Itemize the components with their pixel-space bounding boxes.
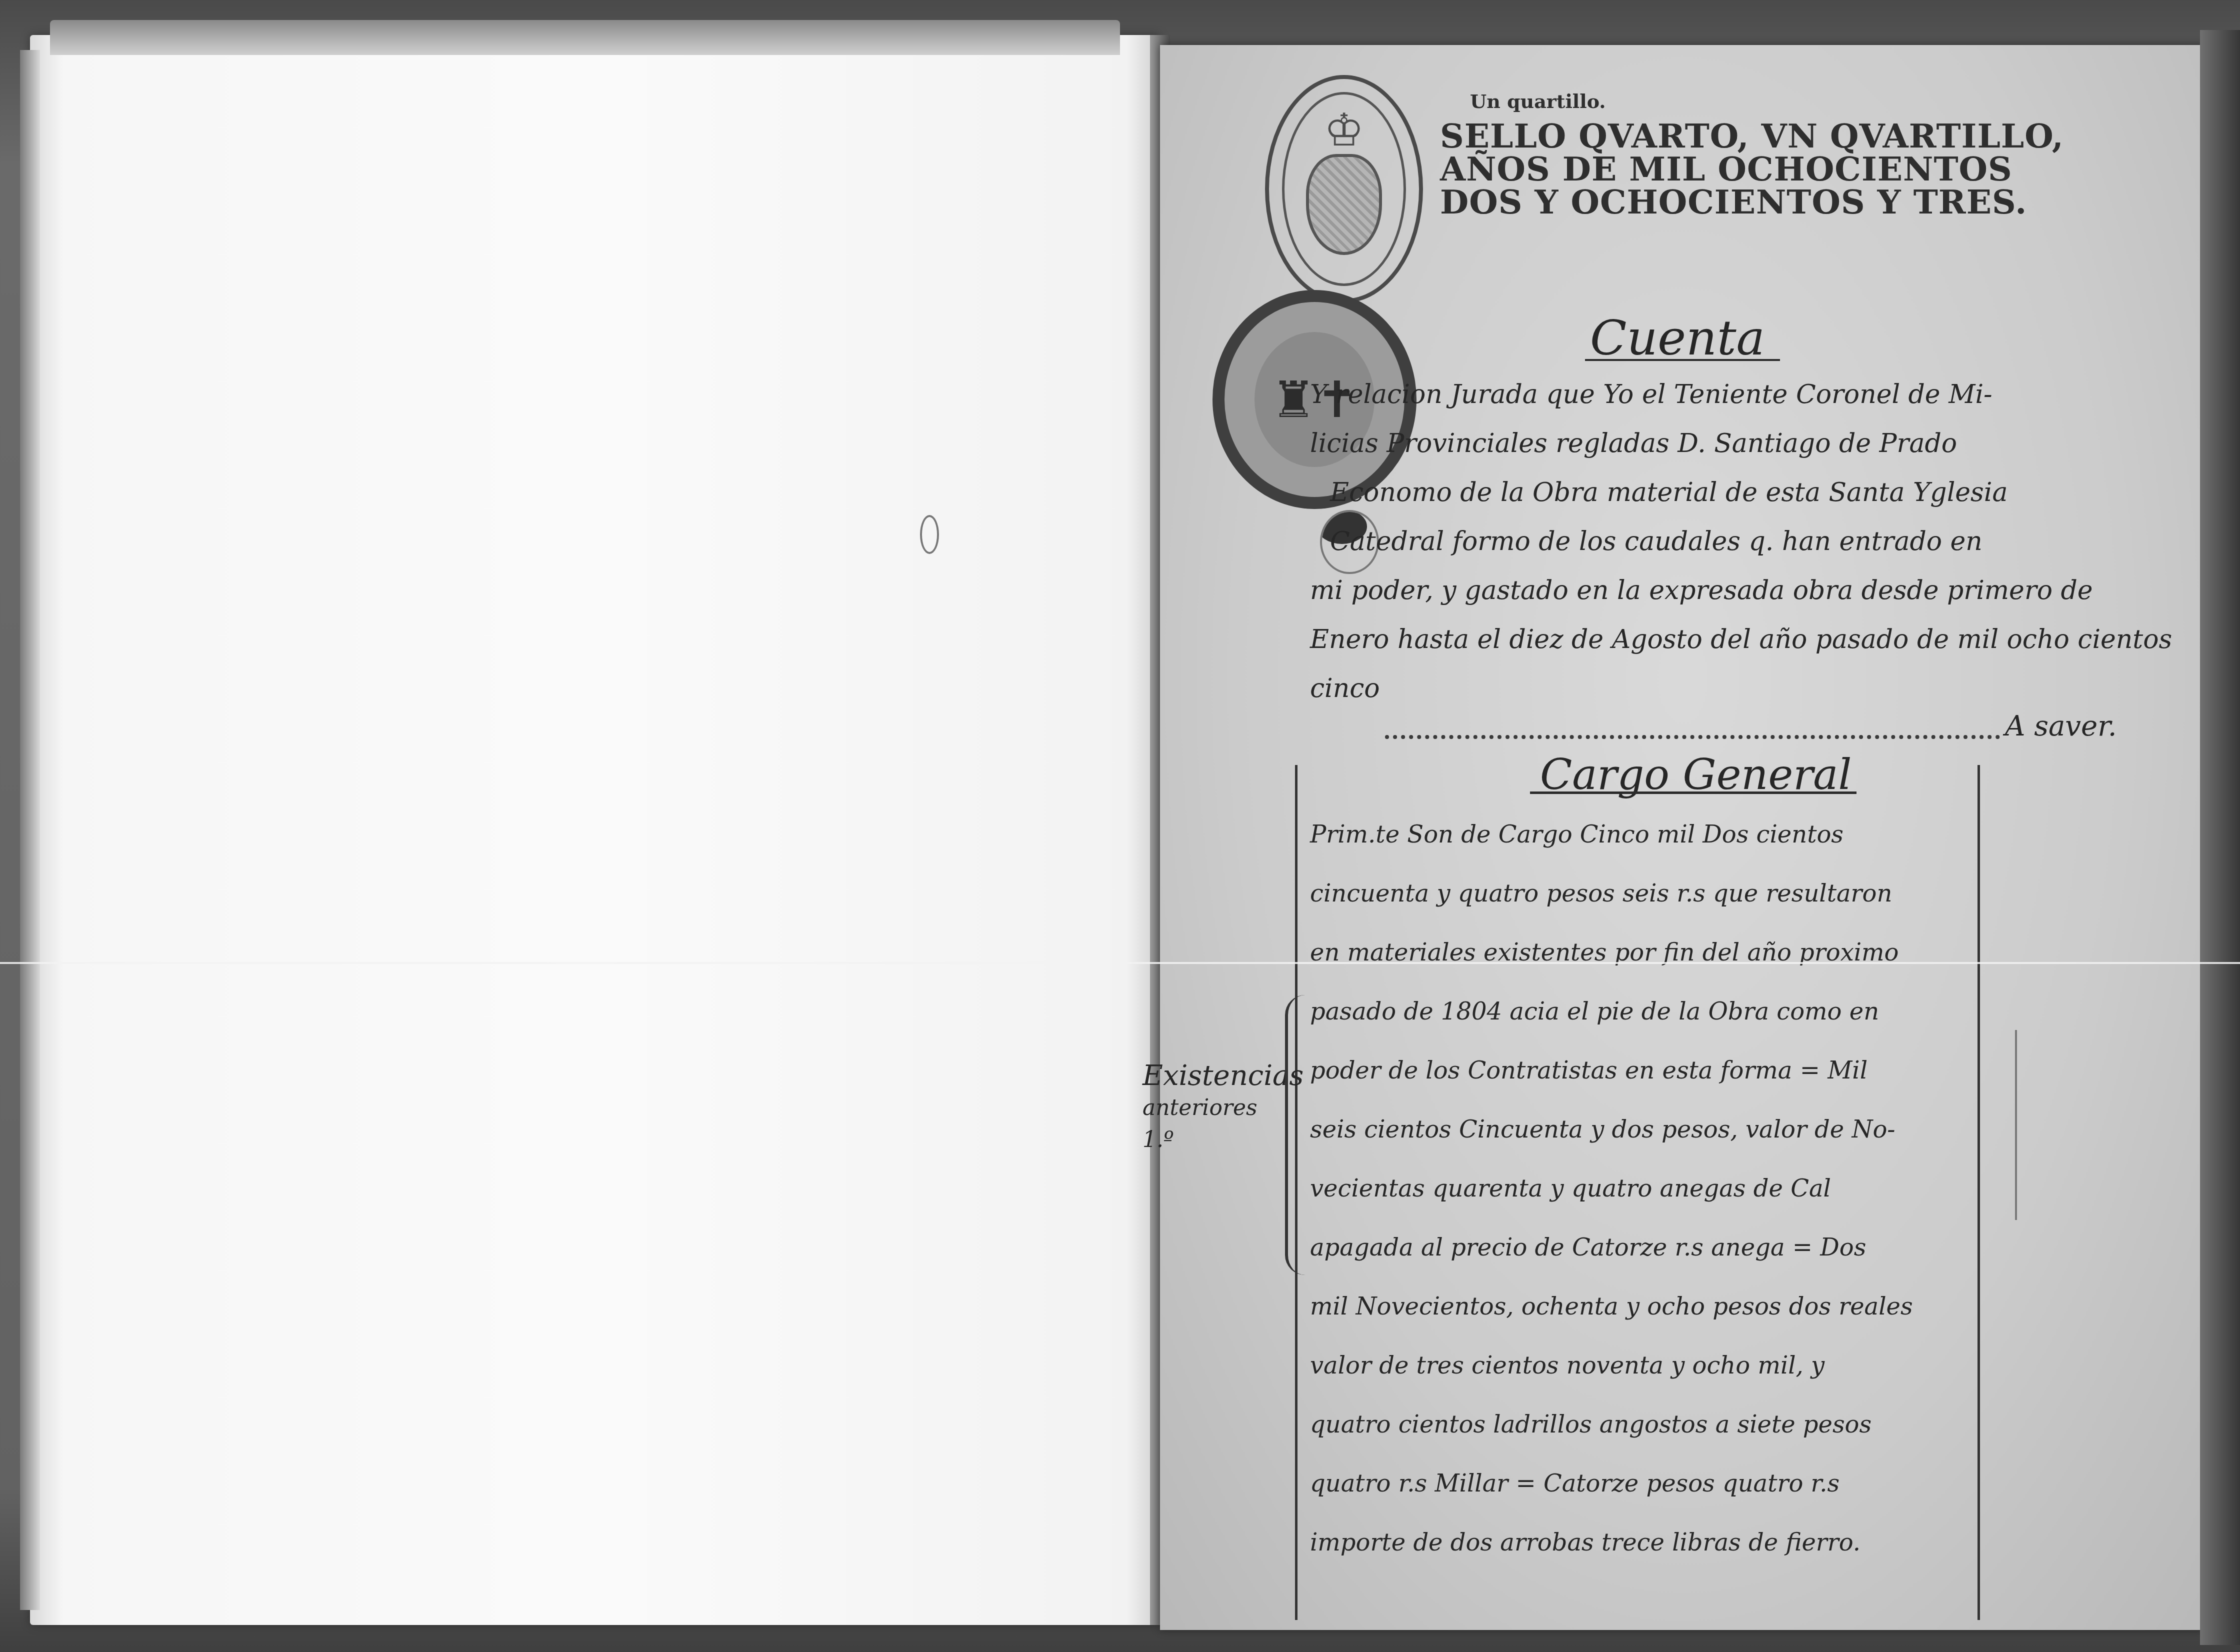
section-title: Cargo General xyxy=(1540,750,1851,799)
document-title: Cuenta xyxy=(1590,310,1765,366)
margin-note-line: anteriores xyxy=(1142,1092,1292,1124)
cargo-line: poder de los Contratistas en esta forma … xyxy=(1310,1041,1975,1100)
cargo-line: valor de tres cientos noventa y ocho mil… xyxy=(1310,1336,1975,1395)
margin-note-line: 1.º xyxy=(1142,1124,1292,1156)
paper-blemish xyxy=(920,515,939,554)
page-stack-left-edge xyxy=(20,50,40,1610)
margin-note: Existencias anteriores 1.º xyxy=(1142,1060,1292,1156)
preamble-line: mi poder, y gastado en la expresada obra… xyxy=(1310,566,2170,615)
scan-artifact-line xyxy=(0,962,2240,964)
preamble-line: Y relacion Jurada que Yo el Teniente Cor… xyxy=(1310,370,2170,419)
seal-value-label: Un quartillo. xyxy=(1470,90,2090,112)
cargo-line: importe de dos arrobas trece libras de f… xyxy=(1310,1513,1975,1572)
cargo-line: quatro cientos ladrillos angostos a siet… xyxy=(1310,1395,1975,1454)
preamble-line: Enero hasta el diez de Agosto del año pa… xyxy=(1310,615,2170,664)
cargo-line: Prim.te Son de Cargo Cinco mil Dos cient… xyxy=(1310,805,1975,864)
preamble-line: cinco xyxy=(1310,664,2170,713)
printed-seal-header: Un quartillo. SELLO QVARTO, VN QVARTILLO… xyxy=(1440,90,2090,218)
coat-of-arms-icon xyxy=(1306,154,1382,255)
dotted-leader-line xyxy=(1385,735,2000,739)
preamble-line: licias Provinciales regladas D. Santiago… xyxy=(1310,419,2170,468)
cargo-line: mil Novecientos, ochenta y ocho pesos do… xyxy=(1310,1277,1975,1336)
cargo-entry: Prim.te Son de Cargo Cinco mil Dos cient… xyxy=(1310,805,1975,1572)
margin-note-line: Existencias xyxy=(1142,1059,1303,1092)
preamble-paragraph: Y relacion Jurada que Yo el Teniente Cor… xyxy=(1310,370,2170,713)
preamble-closing: A saver. xyxy=(2005,710,2117,742)
page-stack-top-edge xyxy=(50,20,1120,55)
crown-icon: ♔ xyxy=(1324,104,1364,156)
cargo-line: vecientas quarenta y quatro anegas de Ca… xyxy=(1310,1159,1975,1218)
seal-text: SELLO QVARTO, VN QVARTILLO, AÑOS DE MIL … xyxy=(1440,119,2090,218)
cargo-line: cincuenta y quatro pesos seis r.s que re… xyxy=(1310,864,1975,923)
page-edge-shadow xyxy=(2200,30,2240,1645)
margin-rule xyxy=(2015,1030,2017,1220)
cargo-line: en materiales existentes por fin del año… xyxy=(1310,923,1975,982)
cargo-line: apagada al precio de Catorze r.s anega =… xyxy=(1310,1218,1975,1277)
preamble-line: Economo de la Obra material de esta Sant… xyxy=(1310,468,2170,517)
curly-brace xyxy=(1285,995,1308,1275)
royal-seal-stamp: ♔ xyxy=(1265,75,1423,303)
left-blank-page xyxy=(30,35,1160,1625)
cargo-line: quatro r.s Millar = Catorze pesos quatro… xyxy=(1310,1454,1975,1513)
preamble-line: Catedral formo de los caudales q. han en… xyxy=(1310,517,2170,566)
cargo-line: seis cientos Cincuenta y dos pesos, valo… xyxy=(1310,1100,1975,1159)
cargo-line: pasado de 1804 acia el pie de la Obra co… xyxy=(1310,982,1975,1041)
